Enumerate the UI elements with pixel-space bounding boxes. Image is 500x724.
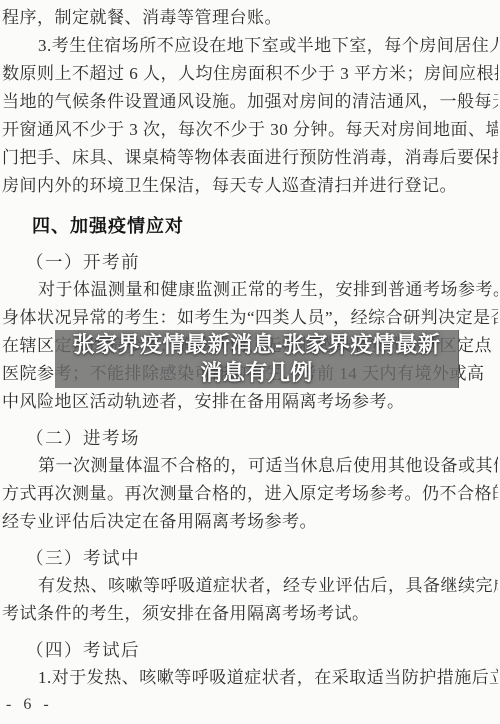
text-line: 中风险地区活动轨迹者，安排在备用隔离考场参考。: [2, 388, 498, 416]
text-line: 程序，制定就餐、消毒等管理台账。: [2, 4, 498, 32]
text-line: 当地的气候条件设置通风设施。加强对房间的清洁通风，一般每天: [2, 88, 498, 116]
text-line: 对于体温测量和健康监测正常的考生，安排到普通考场参考。: [2, 276, 498, 304]
text-line: 四、加强疫情应对: [2, 212, 498, 240]
text-line: （二）进考场: [2, 424, 498, 452]
text-line: 数原则上不超过 6 人，人均住房面积不少于 3 平方米；房间应根据: [2, 60, 498, 88]
text-line: 有发热、咳嗽等呼吸道症状者，经专业评估后，具备继续完成: [2, 572, 498, 600]
text-line: 方式再次测量。再次测量合格的，进入原定考场参考。仍不合格的，: [2, 480, 498, 508]
document-page: 程序，制定就餐、消毒等管理台账。3.考生住宿场所不应设在地下室或半地下室，每个房…: [0, 0, 500, 724]
overlay-title-line1: 张家界疫情最新消息-张家界疫情最新: [73, 331, 441, 359]
page-number: - 6 -: [6, 696, 53, 714]
text-line: 门把手、床具、课桌椅等物体表面进行预防性消毒，消毒后要保持: [2, 144, 498, 172]
text-line: （一）开考前: [2, 248, 498, 276]
text-line: 房间内外的环境卫生保洁，每天专人巡查清扫并进行登记。: [2, 172, 498, 200]
text-line: 身体状况异常的考生：如考生为“四类人员”，经综合研判决定是否: [2, 304, 498, 332]
text-line: 开窗通风不少于 3 次，每次不少于 30 分钟。每天对房间地面、墙壁、: [2, 116, 498, 144]
text-line: 经专业评估后决定在备用隔离考场参考。: [2, 508, 498, 536]
text-line: 第一次测量体温不合格的，可适当休息后使用其他设备或其他: [2, 452, 498, 480]
watermark-title-overlay: 张家界疫情最新消息-张家界疫情最新 消息有几例: [55, 330, 459, 388]
text-line: （三）考试中: [2, 544, 498, 572]
text-line: 考试条件的考生，须安排在备用隔离考场考试。: [2, 600, 498, 628]
overlay-title-line2: 消息有几例: [200, 359, 313, 387]
text-line: 1.对于发热、咳嗽等呼吸道症状者，在采取适当防护措施后立: [2, 664, 498, 692]
text-line: 3.考生住宿场所不应设在地下室或半地下室，每个房间居住人: [2, 32, 498, 60]
text-line: （四）考试后: [2, 636, 498, 664]
